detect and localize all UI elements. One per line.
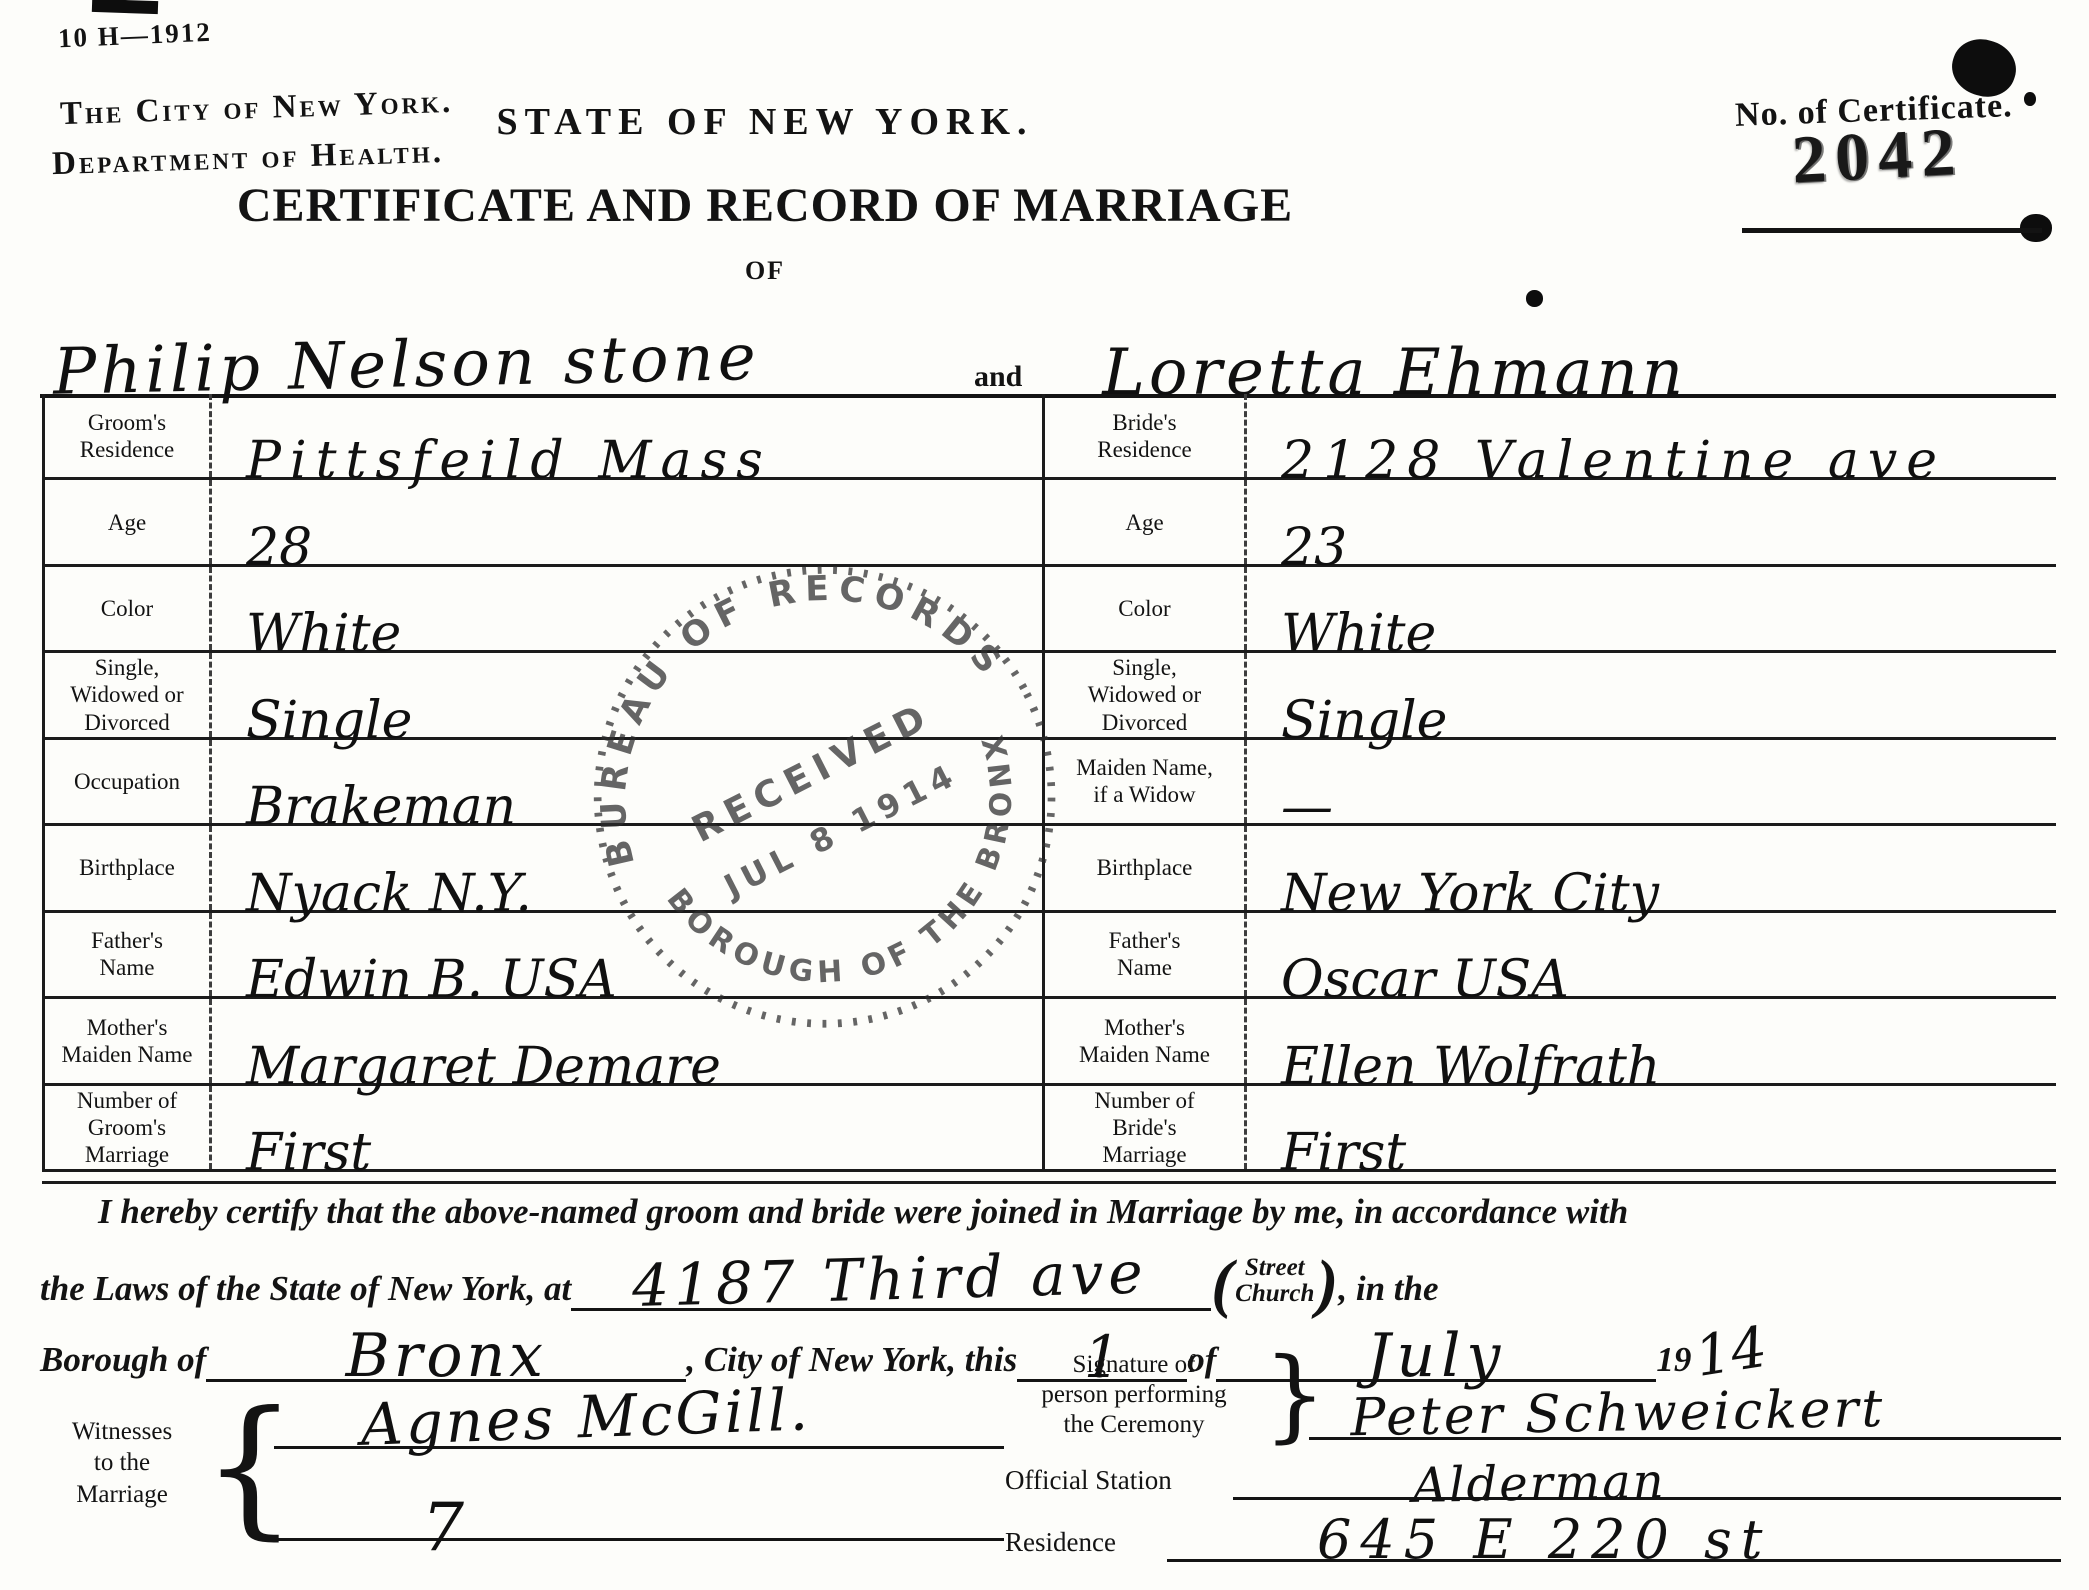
field-label: Groom's Residence — [42, 394, 212, 477]
place-handwritten: 4187 Third ave — [632, 1239, 1149, 1320]
official-station-row: Official Station Alderman — [1005, 1436, 2061, 1500]
certification-line1: I hereby certify that the above-named gr… — [40, 1192, 2062, 1232]
officiant-section: Signature of person performing the Cerem… — [1005, 1350, 2061, 1562]
field-label: Single, Widowed or Divorced — [1042, 653, 1247, 736]
borough-handwritten: Bronx — [346, 1321, 547, 1391]
field-label: Bride's Residence — [1042, 394, 1247, 477]
table-bottom-double-rule — [42, 1181, 2056, 1184]
table-row: Number of Groom's Marriage First Number … — [42, 1086, 2056, 1172]
witness2-handwritten: 7 — [274, 1489, 464, 1566]
table-row: Mother's Maiden Name Margaret Demare Mot… — [42, 999, 2056, 1085]
handwritten-value: First — [1247, 1123, 1406, 1183]
borough-blank: Bronx — [206, 1315, 686, 1382]
signature-brace: } — [1263, 1350, 1309, 1440]
field-value: New York City — [1247, 826, 2056, 909]
borough-label: Borough of — [40, 1340, 206, 1380]
certification-line2: the Laws of the State of New York, at 41… — [40, 1242, 2062, 1311]
field-label: Occupation — [42, 740, 212, 823]
field-value: Single — [1247, 653, 2056, 736]
signature-label: Signature of person performing the Cerem… — [1005, 1350, 1263, 1440]
field-label: Number of Groom's Marriage — [42, 1086, 212, 1169]
residence-label: Residence — [1005, 1500, 1167, 1562]
witness-line-1: Agnes McGill. — [274, 1385, 1004, 1449]
field-value: 2128 Valentine ave — [1247, 394, 2056, 477]
field-label: Birthplace — [42, 826, 212, 909]
field-label: Age — [42, 480, 212, 563]
table-row: Color White Color White — [42, 567, 2056, 653]
field-label: Mother's Maiden Name — [42, 999, 212, 1082]
paren-open: ( — [1211, 1258, 1233, 1311]
street-church-stack: Street Church — [1235, 1255, 1314, 1308]
officiant-residence-handwritten: 645 E 220 st — [1167, 1508, 1771, 1571]
certificate-number-line — [1742, 228, 2042, 233]
witnesses-brace: { — [202, 1389, 274, 1545]
place-blank: 4187 Third ave — [571, 1242, 1211, 1311]
witnesses-section: Witnesses to the Marriage { Agnes McGill… — [42, 1385, 1004, 1541]
field-value: First — [212, 1086, 1042, 1169]
official-station-handwritten: Alderman — [1232, 1453, 1666, 1517]
field-label: Age — [1042, 480, 1247, 563]
document-title: CERTIFICATE AND RECORD OF MARRIAGE — [30, 178, 1500, 233]
names-row: Philip Nelson stone and Loretta Ehmann — [40, 270, 2056, 398]
street-word: Street — [1235, 1255, 1314, 1281]
signature-line: Peter Schweickert — [1309, 1350, 2061, 1440]
city-text: , City of New York, this — [686, 1340, 1017, 1380]
field-label: Single, Widowed or Divorced — [42, 653, 212, 736]
official-station-label: Official Station — [1005, 1436, 1233, 1500]
field-value: Pittsfeild Mass — [212, 394, 1042, 477]
field-label: Father's Name — [42, 913, 212, 996]
field-label: Number of Bride's Marriage — [1042, 1086, 1247, 1169]
field-value: First — [1247, 1086, 2056, 1169]
officiant-signature-handwritten: Peter Schweickert — [1308, 1379, 1886, 1449]
handwritten-value: First — [212, 1123, 371, 1183]
witnesses-label: Witnesses to the Marriage — [42, 1385, 202, 1541]
field-label: Color — [42, 567, 212, 650]
scan-edge-mark — [92, 0, 158, 14]
field-value: — — [1247, 740, 2056, 823]
witness-line-2: 7 — [274, 1449, 1004, 1541]
certificate-number-stamp: 2042 — [1790, 112, 1966, 200]
table-row: Groom's Residence Pittsfeild Mass Bride'… — [42, 394, 2056, 480]
field-label: Color — [1042, 567, 1247, 650]
field-value: Ellen Wolfrath — [1247, 999, 2056, 1082]
field-value: White — [1247, 567, 2056, 650]
table-row: Age 28 Age 23 — [42, 480, 2056, 566]
and-label: and — [974, 360, 1022, 394]
paren-close: ) — [1316, 1258, 1338, 1311]
field-value: Oscar USA — [1247, 913, 2056, 996]
form-code: 10 H—1912 — [57, 17, 212, 55]
ink-speck — [2024, 92, 2036, 106]
church-word: Church — [1235, 1281, 1314, 1307]
officiant-signature-row: Signature of person performing the Cerem… — [1005, 1350, 2061, 1436]
certification-text: the Laws of the State of New York, at — [40, 1269, 571, 1309]
field-label: Mother's Maiden Name — [1042, 999, 1247, 1082]
state-title: STATE OF NEW YORK. — [30, 100, 1500, 144]
marriage-certificate-scan: 10 H—1912 The City of New York. Departme… — [0, 0, 2089, 1590]
field-value: 23 — [1247, 480, 2056, 563]
certification-text: , in the — [1338, 1269, 1438, 1309]
